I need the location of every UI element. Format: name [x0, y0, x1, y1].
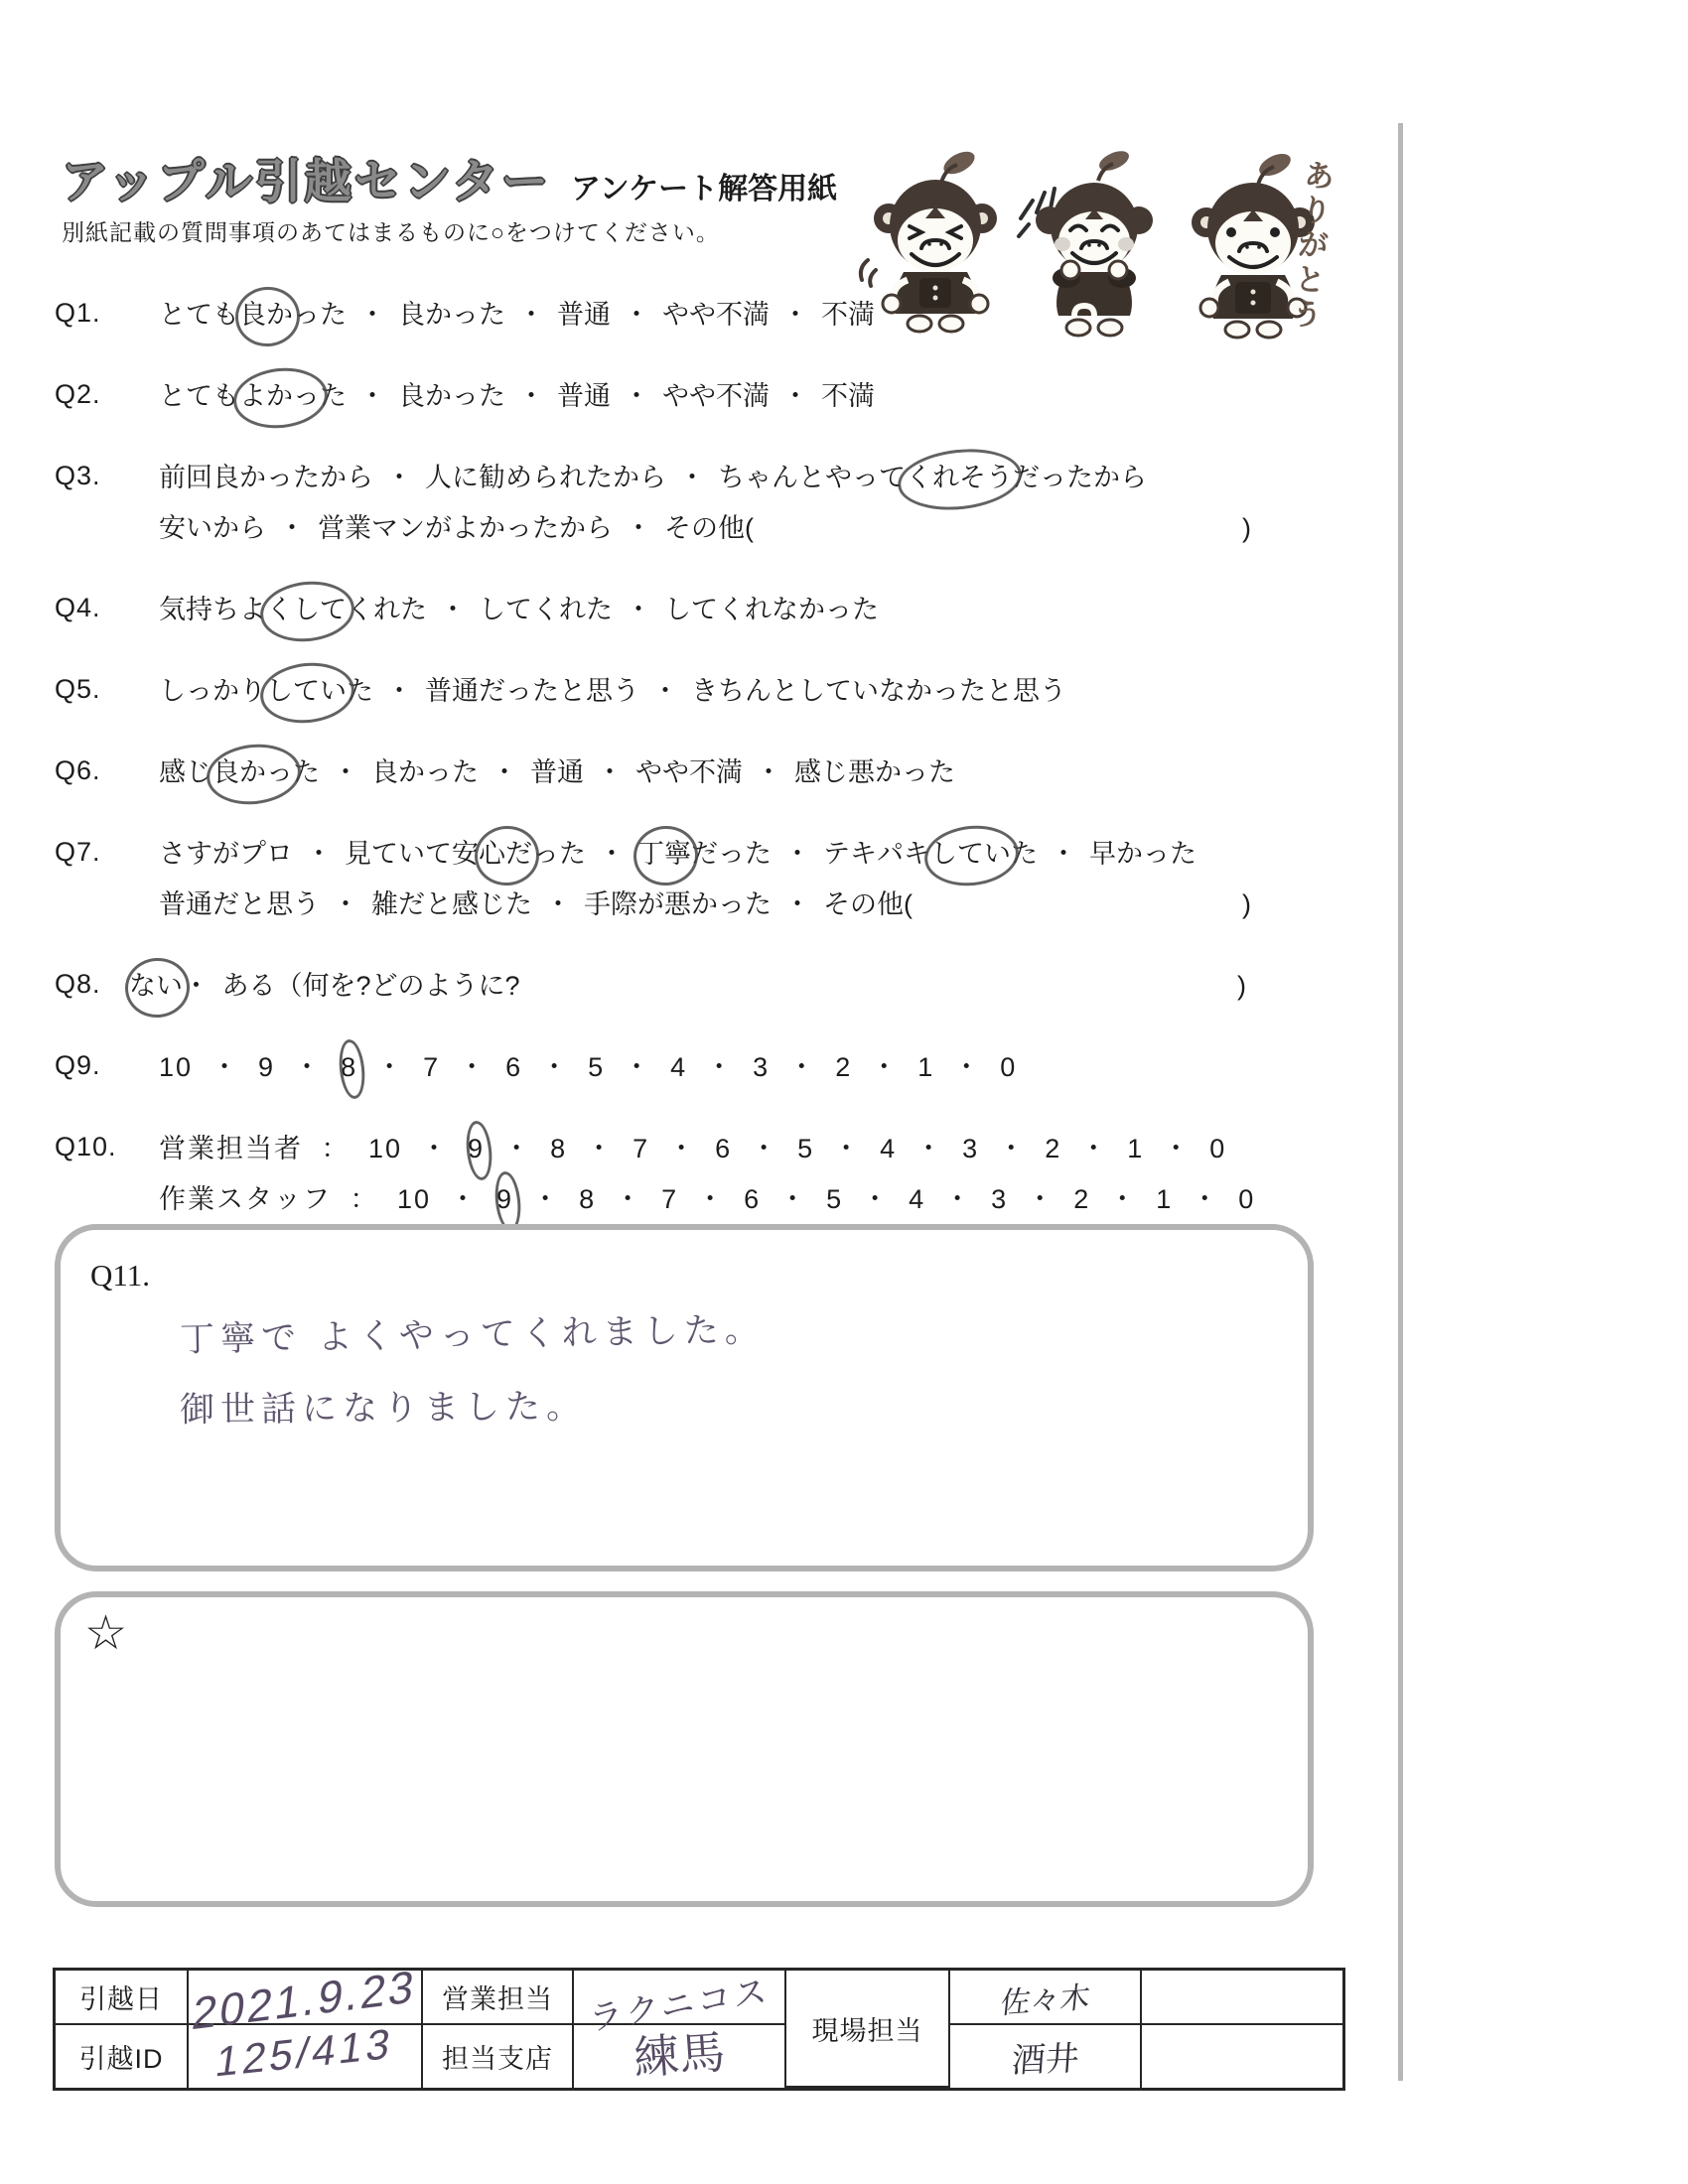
question-id: Q5.	[55, 674, 101, 705]
star-comment-box: ☆	[55, 1591, 1314, 1907]
answer-options-line: 感じ良かった ・ 良かった ・ 普通 ・ やや不満 ・ 感じ悪かった	[159, 755, 1390, 789]
option-text: だったから	[1013, 463, 1147, 492]
option-text: とても	[159, 381, 239, 411]
option-text: しっかり	[159, 676, 266, 706]
footer-empty-top	[1142, 1971, 1342, 2025]
option-text: った ・	[532, 839, 637, 869]
question-q6: Q6.感じ良かった ・ 良かった ・ 普通 ・ やや不満 ・ 感じ悪かった	[0, 755, 1390, 789]
circled-answer: 良かっ	[212, 755, 293, 789]
answer-options-line: 前回良かったから ・ 人に勧められたから ・ ちゃんとやってくれそうだったから	[159, 461, 1390, 494]
q11-handwriting-line1: 丁寧で よくやってくれました。	[180, 1302, 767, 1362]
question-id: Q1.	[55, 298, 101, 329]
question-id: Q4.	[55, 593, 101, 623]
blank-space	[520, 969, 1237, 1003]
option-text: た ・ 普通だったと思う ・ きちんとしていなかったと思う	[347, 676, 1066, 706]
option-text: くれた ・ してくれた ・ してくれなかった	[347, 595, 879, 624]
header: アップル引越センター アンケート解答用紙	[62, 145, 837, 211]
option-text: 10 ・ 9 ・	[159, 1052, 341, 1082]
question-q2: Q2.とてもよかった ・ 良かった ・ 普通 ・ やや不満 ・ 不満	[0, 379, 1390, 413]
sales-rep-value: ラクニコス	[574, 1971, 786, 2025]
option-text: さすがプロ ・ 見ていて安	[159, 839, 479, 869]
move-date-value: 2021.9.23	[189, 1971, 423, 2025]
question-id: Q6.	[55, 755, 101, 786]
answer-options-line: 営業担当者 ： 10 ・ 9 ・ 8 ・ 7 ・ 6 ・ 5 ・ 4 ・ 3 ・…	[159, 1132, 1390, 1165]
answer-options-line: しっかりしていた ・ 普通だったと思う ・ きちんとしていなかったと思う	[159, 674, 1390, 708]
move-date-label: 引越日	[56, 1971, 189, 2025]
question-q3: Q3.前回良かったから ・ 人に勧められたから ・ ちゃんとやってくれそうだった…	[0, 461, 1390, 545]
answer-options-line: 気持ちよくしてくれた ・ してくれた ・ してくれなかった	[159, 593, 1390, 626]
answer-options-line: 10 ・ 9 ・ 8 ・ 7 ・ 6 ・ 5 ・ 4 ・ 3 ・ 2 ・ 1 ・…	[159, 1050, 1390, 1084]
move-id-label: 引越ID	[56, 2025, 189, 2088]
footer-empty-bottom	[1142, 2025, 1342, 2088]
option-text: 安いから ・ 営業マンがよかったから ・ その他(	[159, 511, 754, 545]
close-paren: )	[1242, 511, 1251, 545]
q11-handwriting-line2: 御世話になりました。	[180, 1379, 587, 1433]
question-id: Q3.	[55, 461, 101, 491]
option-text: 営業担当者 ： 10 ・	[159, 1134, 468, 1163]
option-text: 作業スタッフ ： 10 ・	[159, 1184, 496, 1214]
site-staff-top: 佐々木	[950, 1971, 1142, 2025]
question-q7: Q7.さすがプロ ・ 見ていて安心だった ・ 丁寧だった ・ テキパキしていた …	[0, 837, 1390, 921]
option-text: ・ 8 ・ 7 ・ 6 ・ 5 ・ 4 ・ 3 ・ 2 ・ 1 ・ 0	[513, 1184, 1255, 1214]
answer-options-line: 普通だと思う ・ 雑だと感じた ・ 手際が悪かった ・ その他()	[159, 887, 1251, 921]
star-icon: ☆	[84, 1605, 127, 1661]
site-staff-label: 現場担当	[786, 1971, 950, 2088]
option-text: 前回良かったから ・ 人に勧められたから ・ ちゃんとやって	[159, 463, 906, 492]
instruction-text: 別紙記載の質問事項のあてはまるものに○をつけてください。	[62, 214, 720, 247]
answer-options-line: とてもよかった ・ 良かった ・ 普通 ・ やや不満 ・ 不満	[159, 379, 1390, 413]
circled-answer: 良か	[239, 298, 293, 332]
question-q8: Q8.ない ・ ある（何を?どのように?)	[0, 969, 1390, 1003]
option-text: 普通だと思う ・ 雑だと感じた ・ 手際が悪かった ・ その他(	[159, 887, 913, 921]
question-id: Q2.	[55, 379, 101, 410]
q11-comment-box: Q11. 丁寧で よくやってくれました。 御世話になりました。	[55, 1224, 1314, 1571]
q11-label: Q11.	[90, 1258, 150, 1294]
site-staff-bottom: 酒井	[950, 2025, 1142, 2088]
blank-space	[754, 511, 1242, 545]
answer-options-line: ない ・ ある（何を?どのように?)	[129, 969, 1246, 1003]
question-q10: Q10.営業担当者 ： 10 ・ 9 ・ 8 ・ 7 ・ 6 ・ 5 ・ 4 ・…	[0, 1132, 1390, 1216]
option-text: た ・ 良かった ・ 普通 ・ やや不満 ・ 感じ悪かった	[293, 757, 955, 787]
circled-answer: よかっ	[239, 379, 320, 413]
answer-options-line: 作業スタッフ ： 10 ・ 9 ・ 8 ・ 7 ・ 6 ・ 5 ・ 4 ・ 3 …	[159, 1182, 1390, 1216]
answer-options-line: とても良かった ・ 良かった ・ 普通 ・ やや不満 ・ 不満	[159, 298, 1390, 332]
answer-options-line: さすがプロ ・ 見ていて安心だった ・ 丁寧だった ・ テキパキしていた ・ 早…	[159, 837, 1390, 871]
circled-answer: くれそう	[906, 461, 1013, 494]
option-text: った ・ 良かった ・ 普通 ・ やや不満 ・ 不満	[293, 300, 875, 330]
survey-sheet: アップル引越センター アンケート解答用紙 別紙記載の質問事項のあてはまるものに○…	[0, 0, 1688, 2184]
circled-answer: 8	[341, 1050, 357, 1084]
branch-label: 担当支店	[423, 2025, 574, 2088]
circled-answer: 9	[496, 1182, 513, 1216]
circled-answer: 丁寧	[637, 837, 691, 871]
form-title: アンケート解答用紙	[571, 164, 837, 211]
option-text: た ・ 良かった ・ 普通 ・ やや不満 ・ 不満	[320, 381, 875, 411]
option-text: 感じ	[159, 757, 212, 787]
option-text: とても	[159, 300, 239, 330]
option-text: ・ 7 ・ 6 ・ 5 ・ 4 ・ 3 ・ 2 ・ 1 ・ 0	[357, 1052, 1017, 1082]
option-text: た ・ 早かった	[1011, 839, 1196, 869]
question-q9: Q9.10 ・ 9 ・ 8 ・ 7 ・ 6 ・ 5 ・ 4 ・ 3 ・ 2 ・ …	[0, 1050, 1390, 1084]
close-paren: )	[1237, 969, 1246, 1003]
option-text: 気持ちよ	[159, 595, 266, 624]
brand-logo: アップル引越センター	[62, 145, 551, 211]
circled-answer: してい	[930, 837, 1011, 871]
question-id: Q10.	[55, 1132, 117, 1162]
option-text: ・ ある（何を?どのように?	[183, 969, 520, 1003]
questions: Q1.とても良かった ・ 良かった ・ 普通 ・ やや不満 ・ 不満Q2.とても…	[0, 298, 1390, 1264]
circled-answer: 心だ	[479, 837, 532, 871]
question-q4: Q4.気持ちよくしてくれた ・ してくれた ・ してくれなかった	[0, 593, 1390, 626]
answer-options-line: 安いから ・ 営業マンがよかったから ・ その他()	[159, 511, 1251, 545]
footer-table: 引越日 2021.9.23 営業担当 ラクニコス 現場担当 佐々木 引越ID 1…	[53, 1968, 1345, 2091]
sales-rep-label: 営業担当	[423, 1971, 574, 2025]
circled-answer: 9	[468, 1132, 485, 1165]
option-text: ・ 8 ・ 7 ・ 6 ・ 5 ・ 4 ・ 3 ・ 2 ・ 1 ・ 0	[485, 1134, 1226, 1163]
circled-answer: してい	[266, 674, 347, 708]
scan-edge-line	[1398, 123, 1403, 2081]
close-paren: )	[1242, 887, 1251, 921]
question-id: Q8.	[55, 969, 101, 1000]
question-q1: Q1.とても良かった ・ 良かった ・ 普通 ・ やや不満 ・ 不満	[0, 298, 1390, 332]
option-text: だった ・ テキパキ	[691, 839, 930, 869]
question-id: Q9.	[55, 1050, 101, 1081]
blank-space	[913, 887, 1242, 921]
circled-answer: ない	[129, 969, 183, 1003]
question-id: Q7.	[55, 837, 101, 868]
question-q5: Q5.しっかりしていた ・ 普通だったと思う ・ きちんとしていなかったと思う	[0, 674, 1390, 708]
circled-answer: くして	[266, 593, 347, 626]
